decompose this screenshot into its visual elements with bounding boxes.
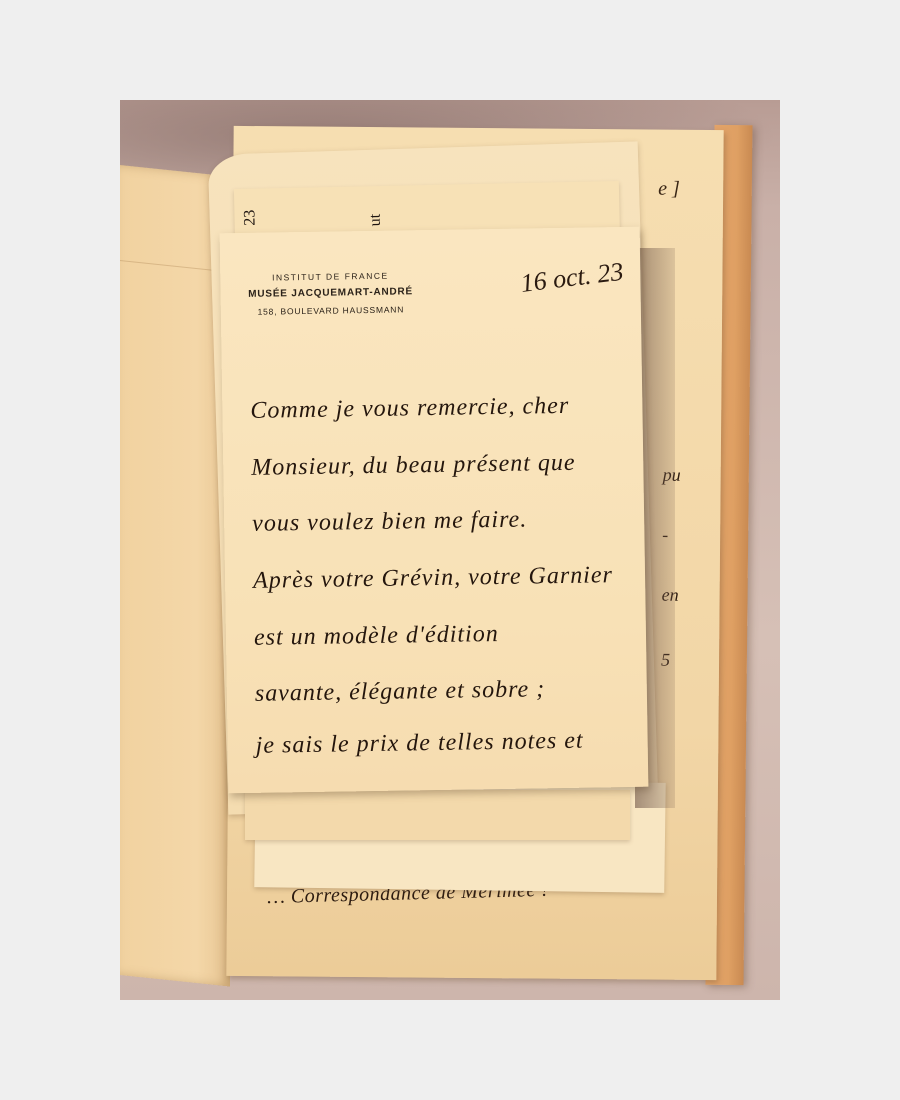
letter-line: savante, élégante et sobre ; [255,676,546,708]
letter-line: Après votre Grévin, votre Garnier [253,562,613,595]
letter-line: vous voulez bien me faire. [252,507,527,538]
underlying-sheet [245,790,630,840]
letter-sheet: INSTITUT DE FRANCE MUSÉE JACQUEMART-ANDR… [220,227,649,794]
letter-line: Comme je vous remercie, cher [250,393,569,425]
letter-line: Monsieur, du beau présent que [251,450,576,482]
photograph: e ] pu - en 5 … Correspondance de Mérimé… [120,100,780,1000]
letterhead-musee: MUSÉE JACQUEMART-ANDRÉ [241,286,421,300]
left-page-inner-sheet [120,260,220,1000]
letterhead: INSTITUT DE FRANCE MUSÉE JACQUEMART-ANDR… [240,270,421,317]
note-number: 23 [241,210,259,226]
letterhead-institut: INSTITUT DE FRANCE [240,270,420,283]
letter-date: 16 oct. 23 [519,257,625,299]
letterhead-address: 158, BOULEVARD HAUSSMANN [241,304,421,317]
page-bracket-mark: e ] [658,178,680,201]
letter-line: je sais le prix de telles notes et [255,728,583,760]
letter-line: est un modèle d'édition [254,621,499,652]
note-mark: ut [367,214,385,227]
